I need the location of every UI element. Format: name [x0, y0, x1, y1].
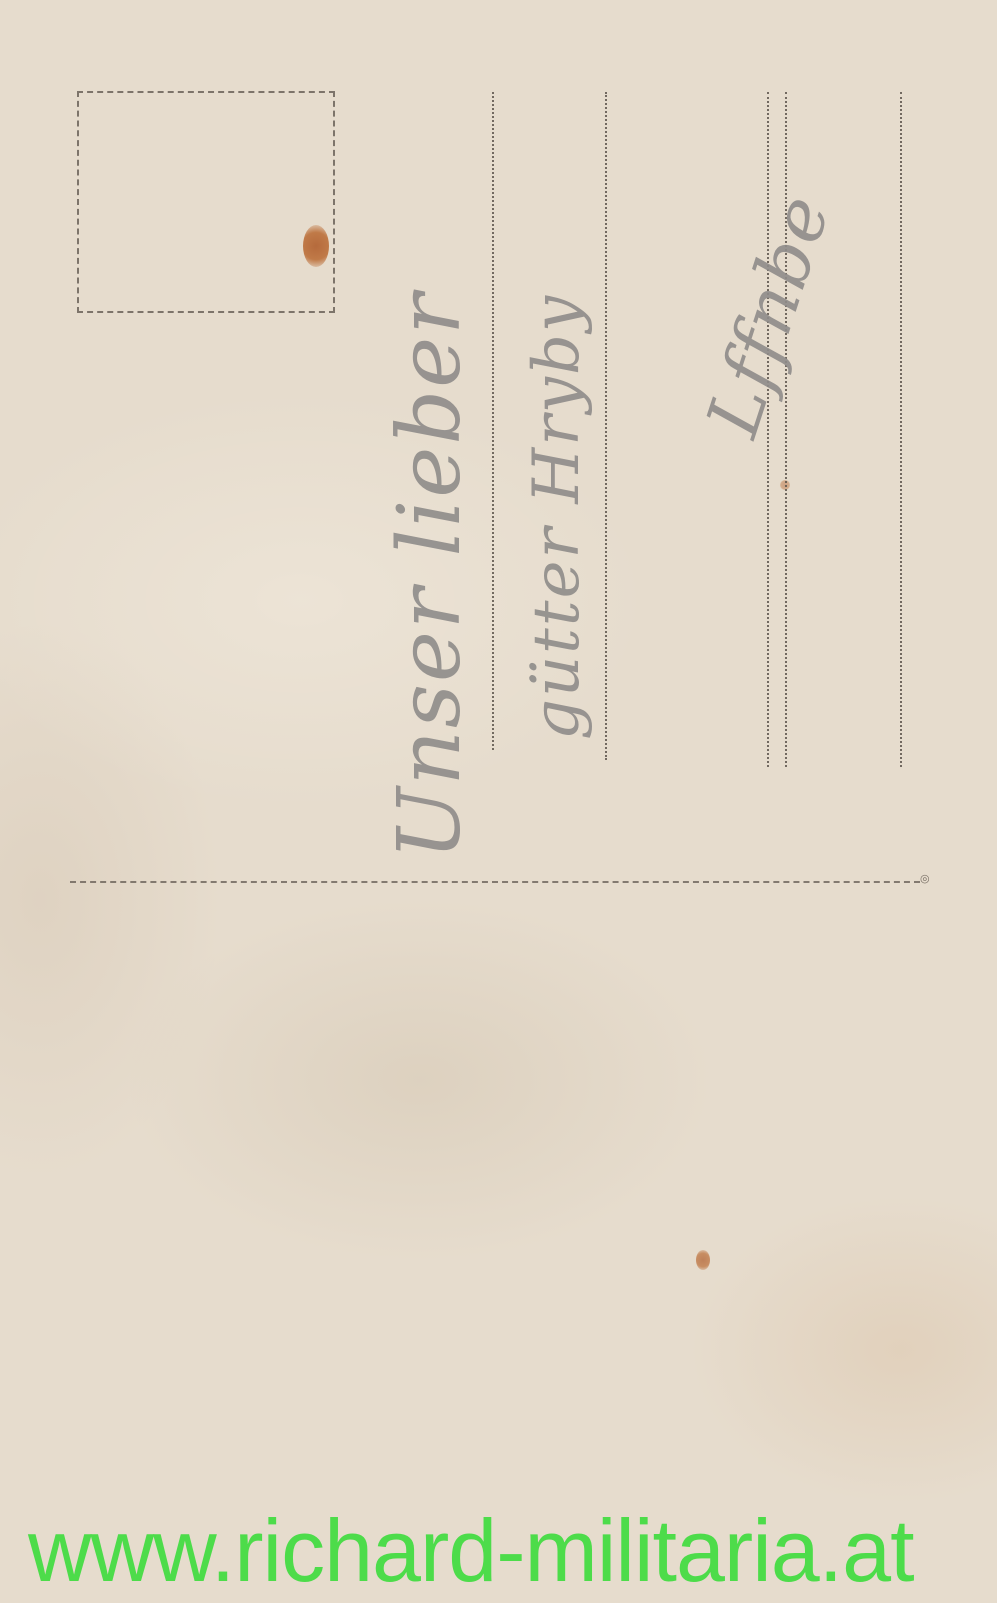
postcard-back: ◎ Unser lieber gütter Hryby Lffnbe www.r… [0, 0, 997, 1603]
handwriting-line-2: gütter Hryby [520, 294, 594, 740]
address-line [492, 92, 494, 750]
signature: Lffnbe [690, 184, 847, 446]
handwriting-line-1: Unser lieber [380, 292, 480, 860]
watermark-url: www.richard-militaria.at [28, 1507, 914, 1595]
signature-text: Lffnbe [690, 184, 847, 446]
stamp-box [77, 91, 335, 313]
publisher-mark-icon: ◎ [920, 872, 930, 885]
foxing-spot [696, 1250, 710, 1270]
message-divider [70, 881, 920, 883]
rust-stain [303, 225, 329, 267]
address-line [605, 92, 607, 760]
address-line [900, 92, 902, 767]
